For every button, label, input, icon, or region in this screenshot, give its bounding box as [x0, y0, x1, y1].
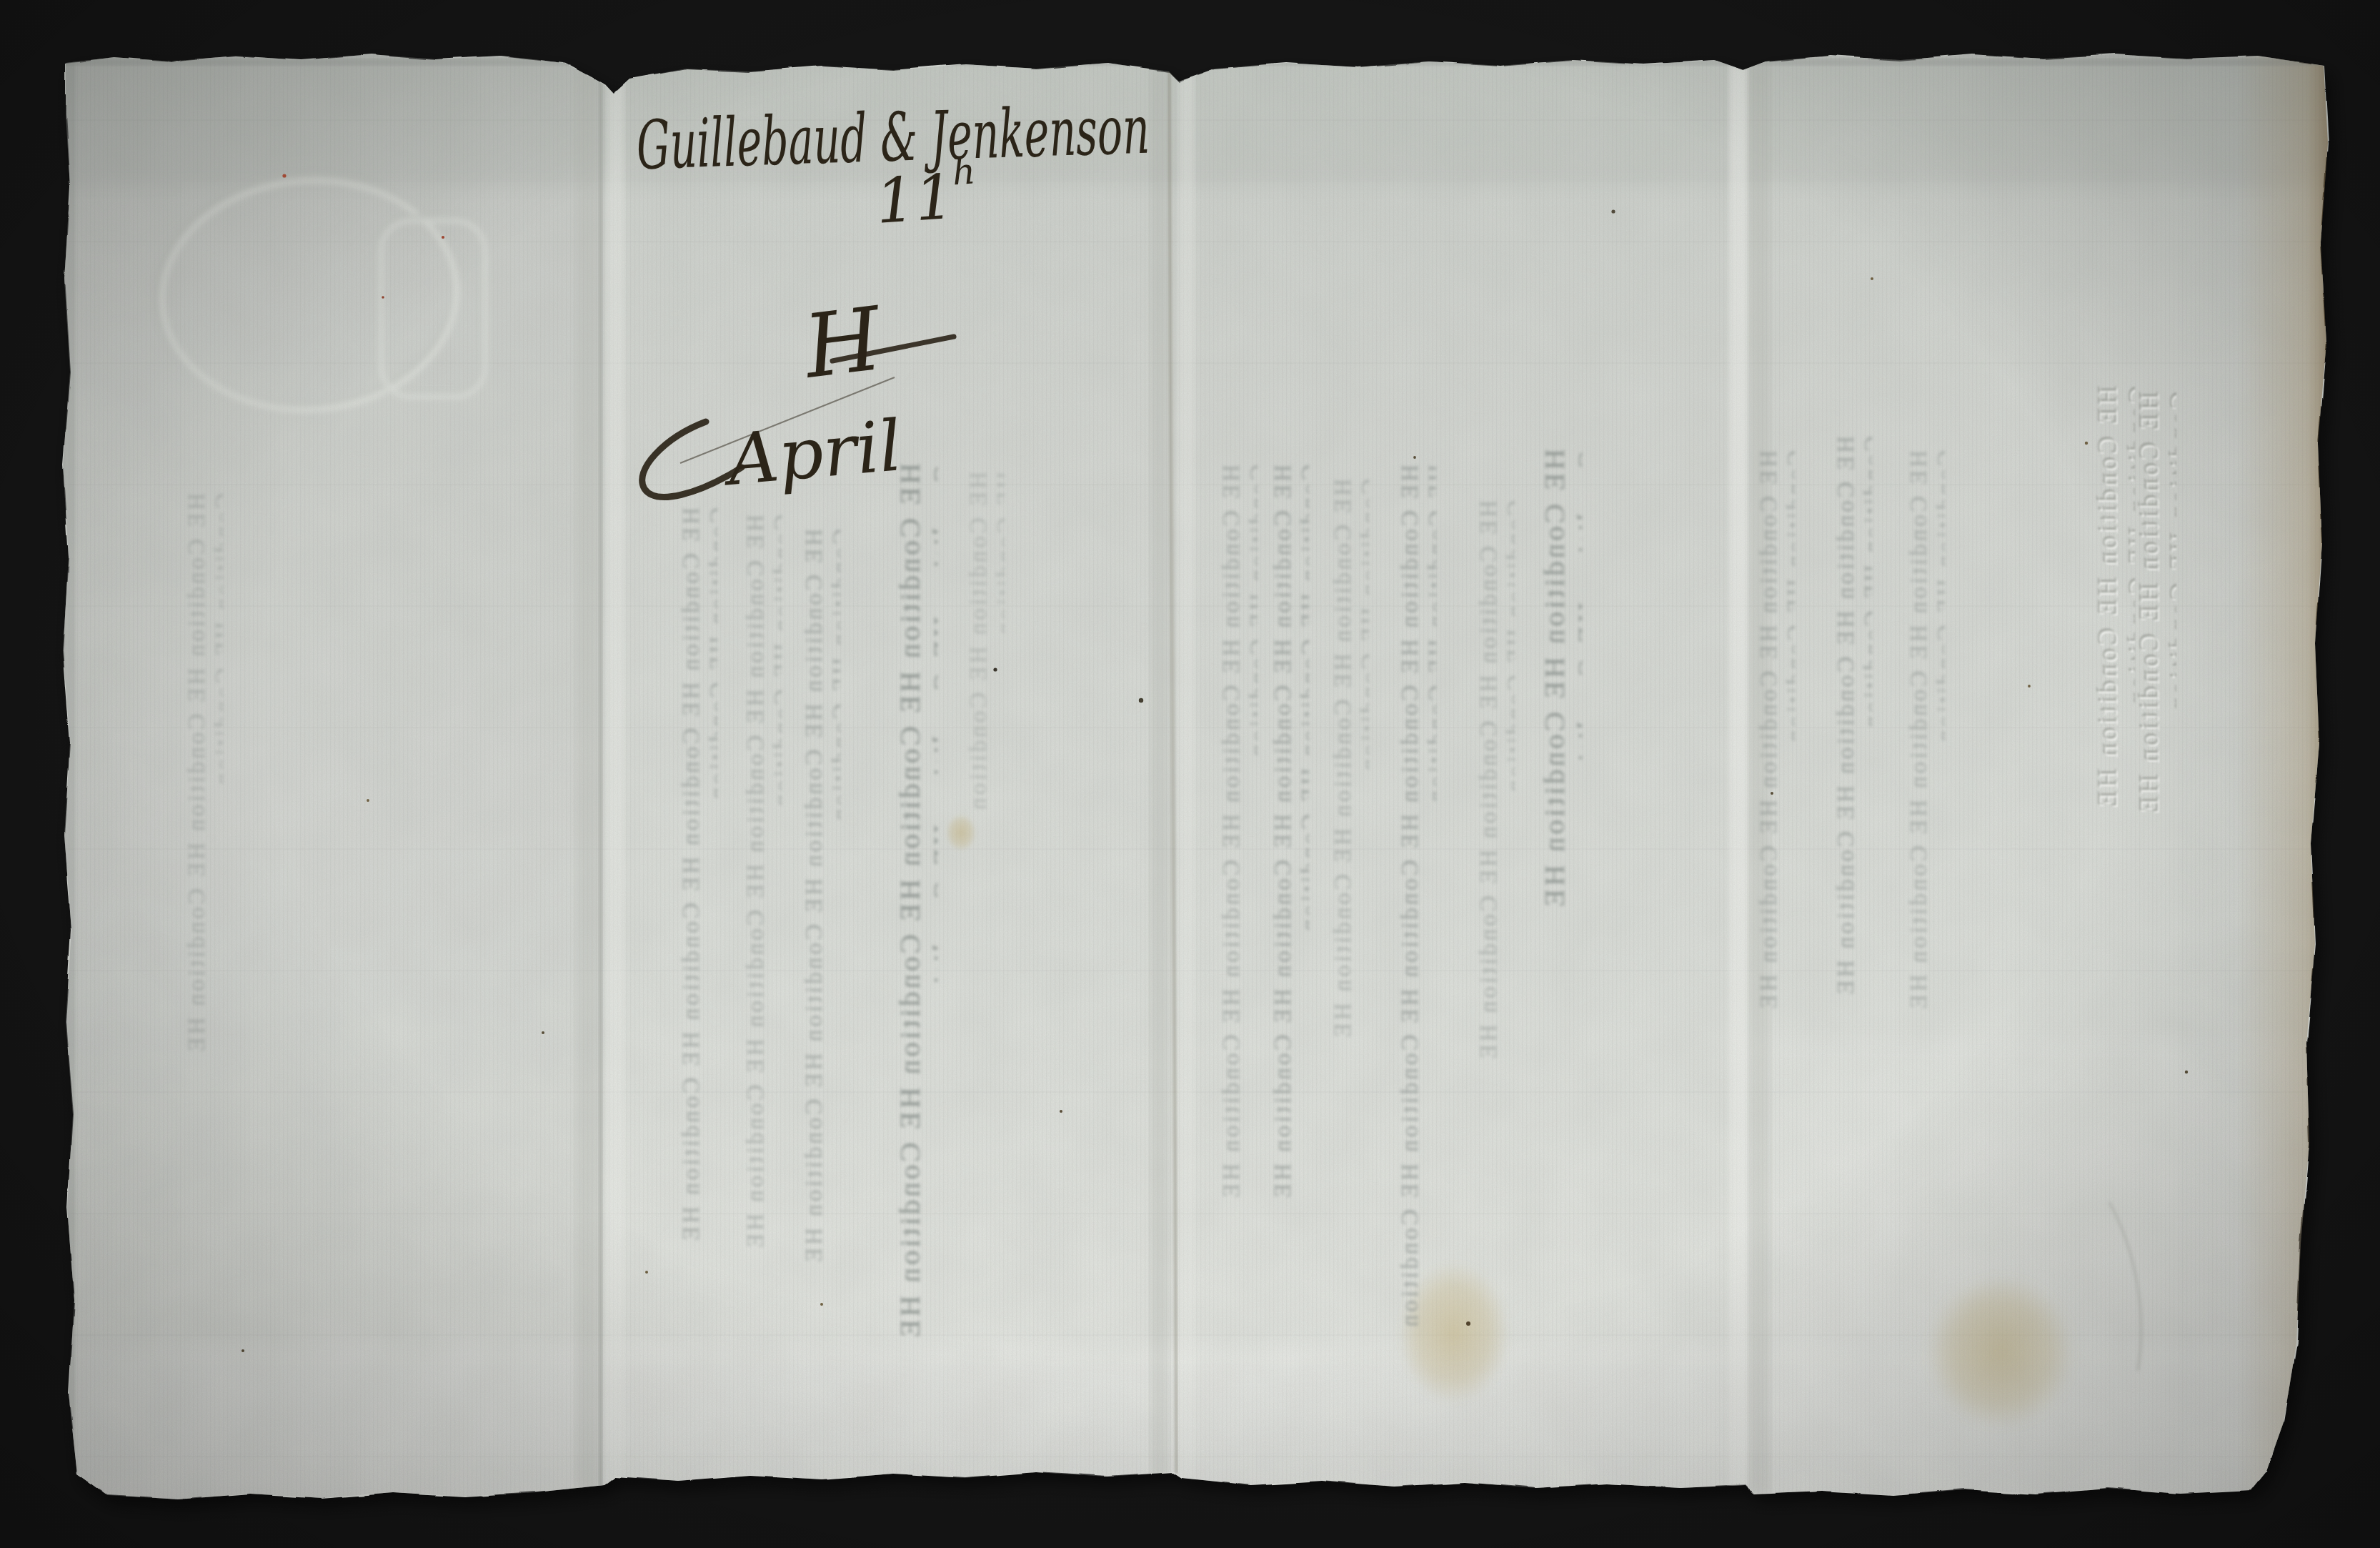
- day-number: 11: [873, 162, 956, 238]
- photograph-background: Guillebaud & Jenkenson 11h H April HE Co…: [0, 0, 2380, 1548]
- day-suffix: h: [951, 150, 977, 193]
- document-photo: Guillebaud & Jenkenson 11h H April: [0, 0, 2380, 1548]
- docket-mark: H: [797, 288, 888, 398]
- paper-grain: [61, 50, 2333, 1501]
- endorsement-month: April: [719, 405, 905, 502]
